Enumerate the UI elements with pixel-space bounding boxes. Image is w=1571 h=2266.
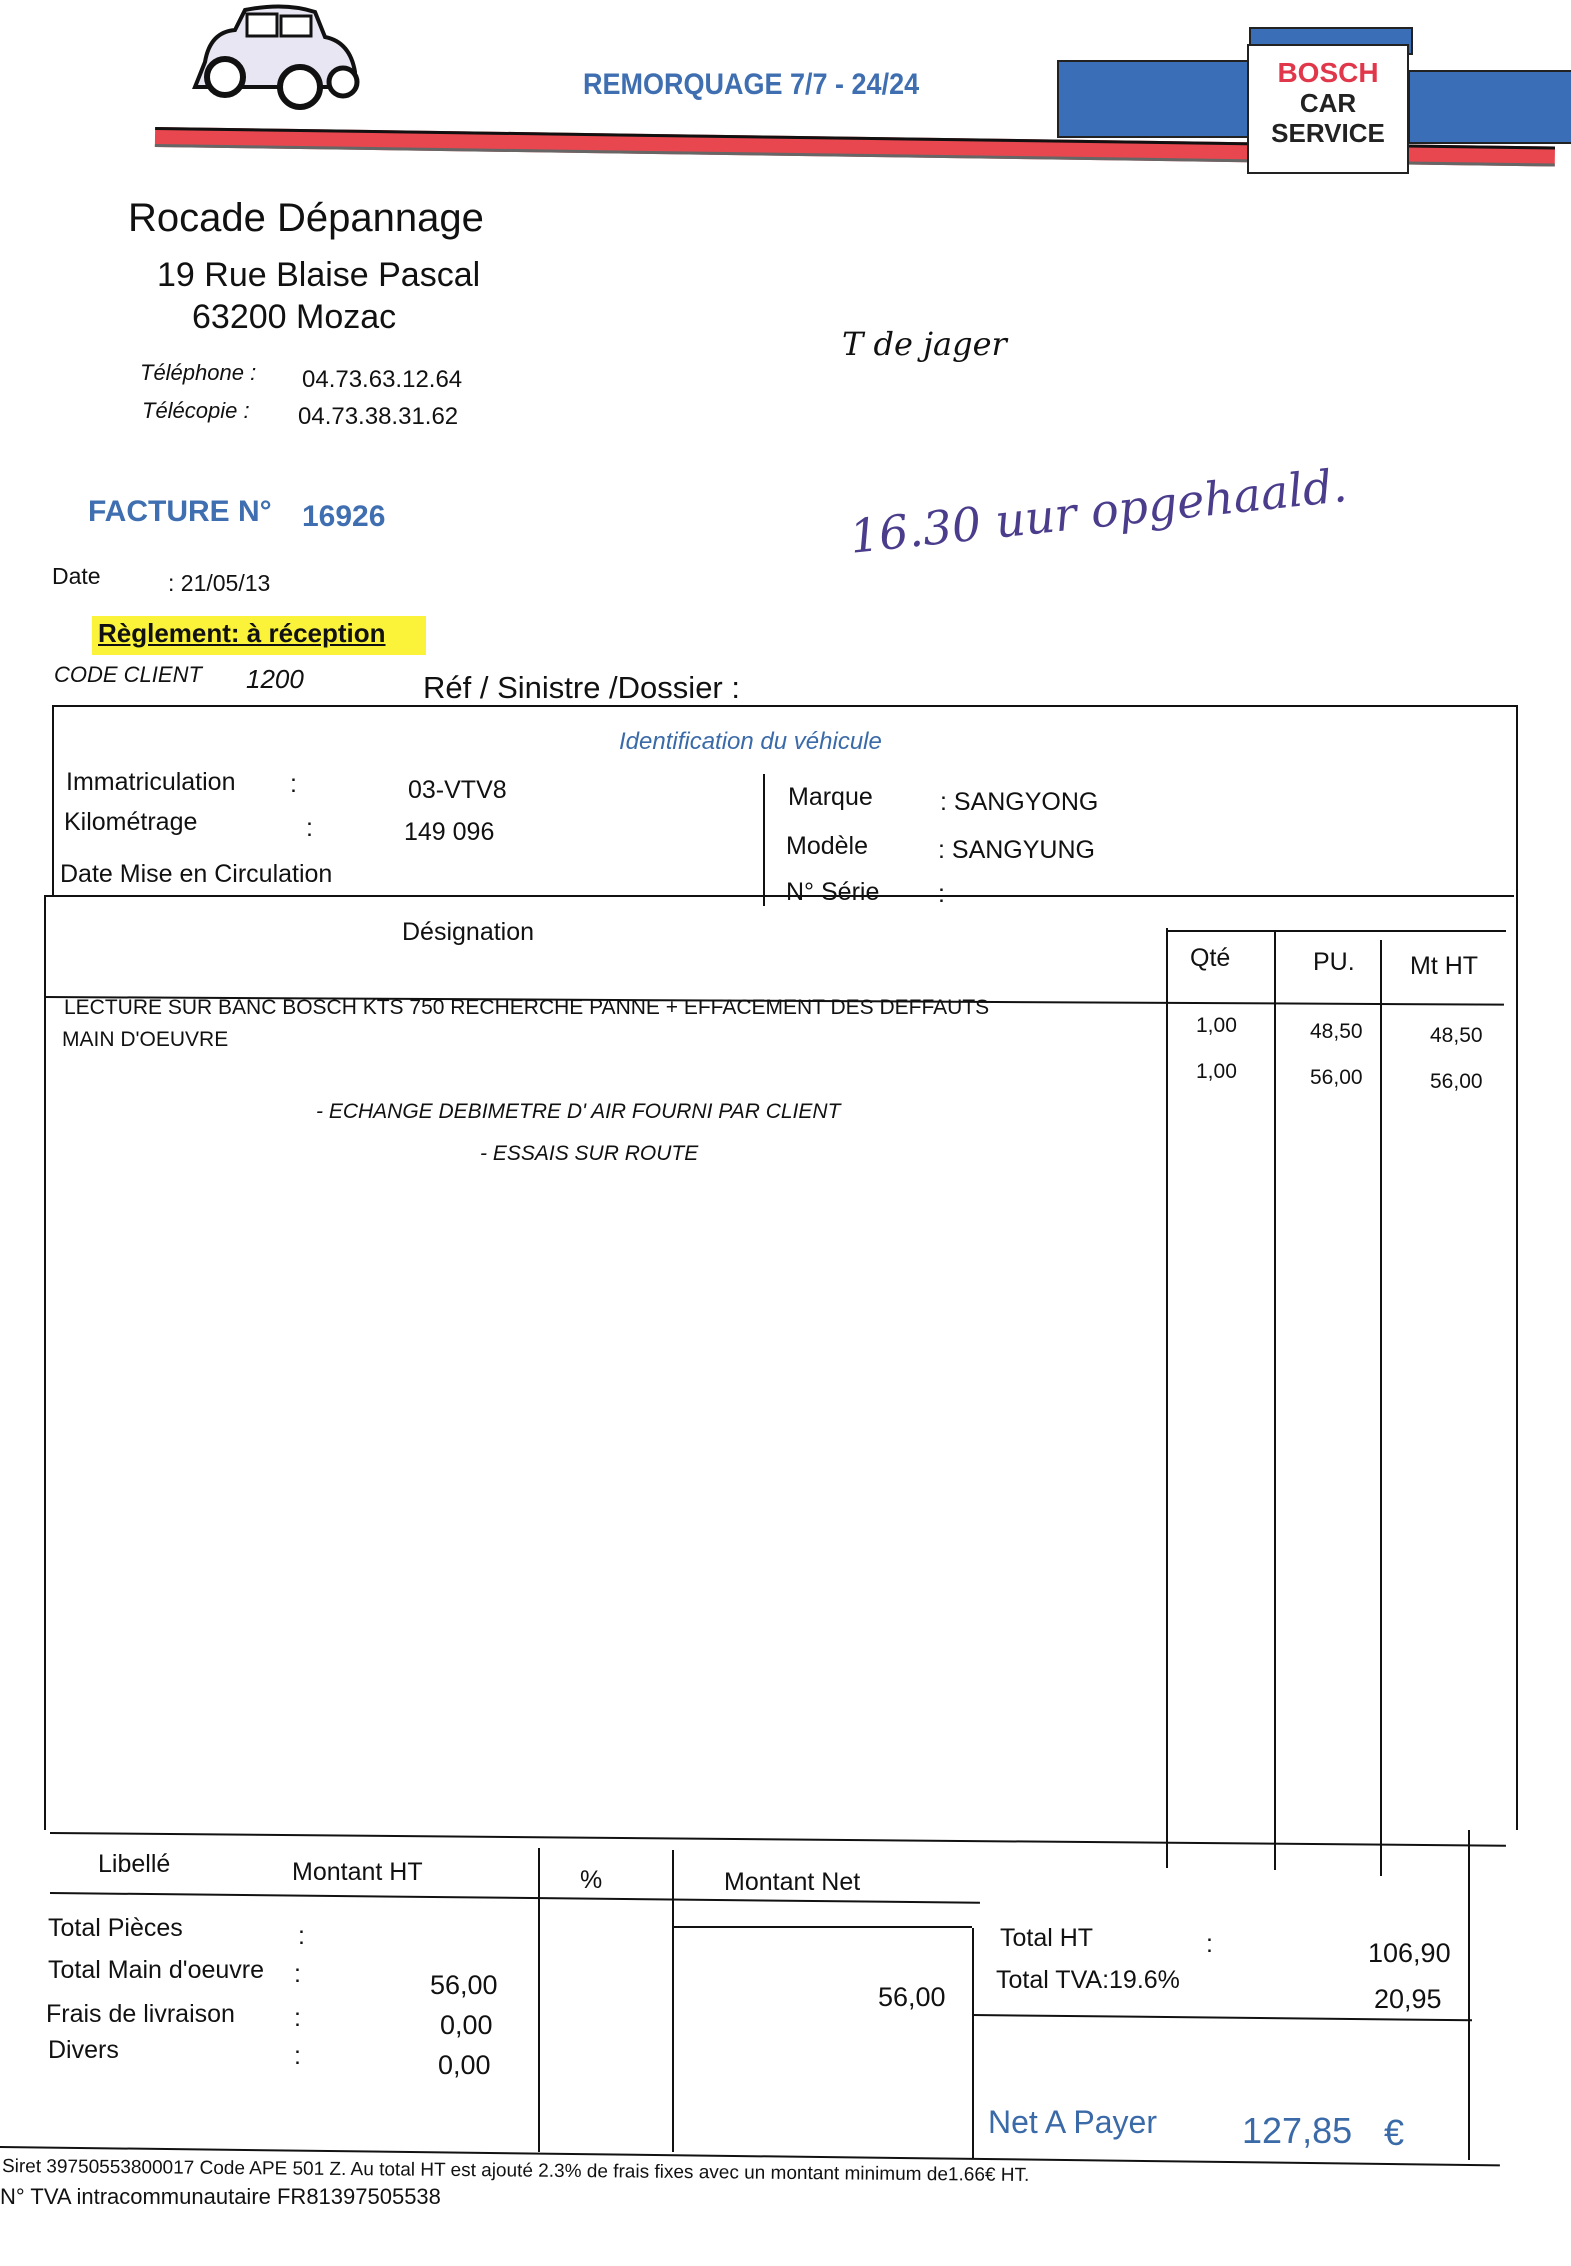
totals-rule: [972, 2014, 1472, 2021]
vintage-car-logo-icon: [185, 2, 365, 110]
brand-sub-2: SERVICE: [1249, 118, 1407, 148]
column-divider: [1166, 928, 1168, 1868]
summary-label-parts: Total Pièces: [48, 1914, 183, 1943]
summary-header-montant-net: Montant Net: [724, 1868, 860, 1897]
brand-band-left: [1057, 60, 1253, 138]
client-code-value: 1200: [246, 664, 304, 695]
total-tva-value: 20,95: [1374, 1984, 1442, 2015]
phone-label: Téléphone :: [140, 360, 256, 386]
vehicle-sep: :: [290, 770, 297, 799]
total-tva-label: Total TVA:19.6%: [996, 1966, 1180, 1995]
summary-montant-net-value: 56,00: [878, 1982, 946, 2013]
summary-divider: [538, 1848, 540, 2152]
net-to-pay-label: Net A Payer: [988, 2104, 1157, 2141]
footer-legal-line: Siret 39750553800017 Code APE 501 Z. Au …: [2, 2156, 1029, 2187]
vehicle-mileage-value: 149 096: [404, 818, 494, 847]
item-qty: 1,00: [1196, 1014, 1237, 1038]
item-pu: 56,00: [1310, 1066, 1363, 1090]
item-note: - ECHANGE DEBIMETRE D' AIR FOURNI PAR CL…: [316, 1100, 840, 1124]
summary-top-rule: [50, 1832, 1506, 1847]
reference-label: Réf / Sinistre /Dossier :: [423, 670, 740, 706]
column-header-designation: Désignation: [402, 918, 534, 947]
total-ht-label: Total HT: [1000, 1924, 1093, 1953]
phone-value: 04.73.63.12.64: [302, 366, 462, 394]
payment-terms-highlight: Règlement: à réception: [92, 616, 426, 655]
column-header-pu: PU.: [1313, 948, 1355, 977]
brand-name: BOSCH: [1249, 58, 1407, 88]
date-label: Date: [52, 563, 101, 590]
item-designation: LECTURE SUR BANC BOSCH KTS 750 RECHERCHE…: [64, 996, 989, 1020]
handwritten-note: 16.30 uur opgehaald.: [847, 458, 1349, 564]
fax-value: 04.73.38.31.62: [298, 403, 458, 431]
total-ht-value: 106,90: [1368, 1938, 1451, 1969]
item-note: - ESSAIS SUR ROUTE: [480, 1142, 698, 1166]
summary-divider: [672, 1850, 674, 2152]
bosch-car-service-logo: BOSCH CAR SERVICE: [1247, 44, 1409, 174]
date-value: : 21/05/13: [168, 570, 270, 597]
company-city: 63200 Mozac: [192, 298, 396, 337]
summary-divider: [972, 1928, 974, 2158]
invoice-title: FACTURE N°: [88, 495, 272, 529]
summary-sep: :: [298, 1922, 305, 1951]
currency-symbol: €: [1384, 2112, 1404, 2154]
item-qty: 1,00: [1196, 1060, 1237, 1084]
summary-rule: [672, 1926, 972, 1928]
item-designation: MAIN D'OEUVRE: [62, 1028, 228, 1052]
fax-label: Télécopie :: [142, 398, 250, 424]
table-rule: [1166, 930, 1506, 932]
column-header-qty: Qté: [1190, 944, 1230, 973]
summary-label-delivery: Frais de livraison: [46, 2000, 235, 2029]
client-code-label: CODE CLIENT: [54, 662, 202, 688]
summary-value-delivery: 0,00: [440, 2010, 493, 2041]
vehicle-make-value: : SANGYONG: [940, 788, 1098, 817]
item-mt: 56,00: [1430, 1070, 1483, 1094]
brand-sub-1: CAR: [1249, 88, 1407, 118]
summary-label-misc: Divers: [48, 2036, 119, 2065]
summary-header-pct: %: [580, 1866, 602, 1895]
vehicle-label-make: Marque: [788, 783, 873, 812]
total-ht-sep: :: [1206, 1930, 1213, 1959]
company-street: 19 Rue Blaise Pascal: [157, 256, 480, 295]
table-rule: [44, 895, 1514, 897]
vehicle-section-title: Identification du véhicule: [619, 728, 882, 756]
vehicle-registration-value: 03-VTV8: [408, 776, 507, 805]
vehicle-divider: [763, 774, 765, 906]
item-mt: 48,50: [1430, 1024, 1483, 1048]
footer-vat-number: N° TVA intracommunautaire FR81397505538: [0, 2184, 441, 2210]
net-to-pay-value: 127,85: [1242, 2110, 1352, 2152]
column-header-mt-ht: Mt HT: [1410, 952, 1478, 981]
vehicle-label-registration: Immatriculation: [66, 768, 236, 797]
vehicle-label-first-registration: Date Mise en Circulation: [60, 860, 332, 889]
vehicle-model-value: : SANGYUNG: [938, 836, 1095, 865]
summary-value-labour: 56,00: [430, 1970, 498, 2001]
vehicle-label-model: Modèle: [786, 832, 868, 861]
payment-terms: Règlement: à réception: [98, 618, 386, 648]
summary-right-border: [1468, 1830, 1470, 2160]
company-name: Rocade Dépannage: [128, 196, 484, 241]
brand-band-right: [1408, 70, 1571, 144]
vehicle-label-mileage: Kilométrage: [64, 808, 197, 837]
summary-header-libelle: Libellé: [98, 1850, 170, 1879]
invoice-number: 16926: [302, 500, 385, 534]
summary-header-montant-ht: Montant HT: [292, 1858, 423, 1887]
summary-label-labour: Total Main d'oeuvre: [48, 1956, 264, 1985]
column-divider: [1274, 930, 1276, 1870]
handwritten-customer-name: T de jager: [842, 325, 1007, 363]
summary-sep: :: [294, 1960, 301, 1989]
summary-sep: :: [294, 2042, 301, 2071]
summary-sep: :: [294, 2004, 301, 2033]
column-divider: [1380, 940, 1382, 1876]
items-table: [44, 895, 1518, 1830]
vehicle-sep: :: [306, 814, 313, 843]
item-pu: 48,50: [1310, 1020, 1363, 1044]
summary-value-misc: 0,00: [438, 2050, 491, 2081]
tagline: REMORQUAGE 7/7 - 24/24: [583, 68, 919, 102]
